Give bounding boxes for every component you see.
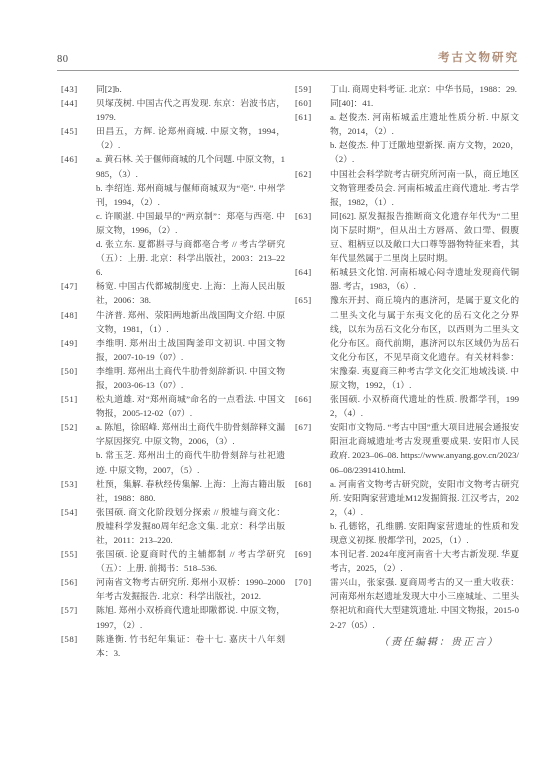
reference-text: 河南省文物考古研究所. 郑州小双桥：1990–2000年考古发掘报告. 北京：科… — [96, 575, 285, 603]
reference-text: 安阳市文物局. “考古中国”重大项目进展会通报安阳洹北商城遗址考古发现重要成果.… — [330, 420, 519, 476]
reference-text: 松丸道雄. 对“郑州商城”命名的一点看法. 中国文物报，2005-12-02（0… — [96, 392, 285, 420]
references-left-column: [43]同[2]b.[44]贝塚茂树. 中国古代之再发现. 东京：岩波书店，19… — [61, 82, 285, 660]
reference-entry: [70]雷兴山，张家强. 夏商周考古的又一重大收获：河南郑州东赵遗址发现大中小三… — [295, 575, 519, 631]
reference-entry: [57]陈旭. 郑州小双桥商代遗址即隞都说. 中原文物，1997，（2）. — [61, 603, 285, 631]
reference-text: 李维明. 郑州出土战国陶釜印文初识. 中国文物报，2007-10-19（07）. — [96, 336, 285, 364]
reference-text: 田昌五，方辉. 论郑州商城. 中原文物，1994，（2）. — [96, 124, 285, 152]
reference-number: [54] — [61, 505, 78, 519]
reference-entry: [63]同[62]. 原发掘报告推断商文化遗存年代为“二里岗下层时期”，但从出土… — [295, 209, 519, 265]
reference-number: [47] — [61, 279, 78, 293]
reference-text: b. 赵俊杰. 仲丁迁隞地望新探. 南方文物，2020，（2）. — [330, 138, 519, 166]
reference-number: [67] — [295, 420, 312, 434]
reference-number: [51] — [61, 392, 78, 406]
references-section: [43]同[2]b.[44]贝塚茂树. 中国古代之再发现. 东京：岩波书店，19… — [61, 82, 519, 660]
reference-entry: [69]本刊记者. 2024年度河南省十大考古新发现. 华夏考古，2025，（2… — [295, 547, 519, 575]
reference-text: a. 陈旭，徐昭峰. 郑州出土商代牛肋骨刻辞释文漏字原因探究. 中原文物，200… — [96, 420, 285, 448]
reference-text: 杨宽. 中国古代都城制度史. 上海：上海人民出版社，2006：38. — [96, 279, 285, 307]
reference-text: 张国硕. 论夏商时代的主辅都制 // 考古学研究（五）：上册. 前揭书：518–… — [96, 547, 285, 575]
reference-text: 柘城县文化馆. 河南柘城心闷寺遗址发现商代铜器. 考古，1983，（6）. — [330, 265, 519, 293]
reference-number: [69] — [295, 547, 312, 561]
reference-number: [49] — [61, 336, 78, 350]
reference-entry: [56]河南省文物考古研究所. 郑州小双桥：1990–2000年考古发掘报告. … — [61, 575, 285, 603]
reference-number: [55] — [61, 547, 78, 561]
reference-entry: [59]丁山. 商周史料考证. 北京：中华书局，1988：29. — [295, 82, 519, 96]
reference-entry: [49]李维明. 郑州出土战国陶釜印文初识. 中国文物报，2007-10-19（… — [61, 336, 285, 364]
reference-text: 陈逢衡. 竹书纪年集证：卷十七. 嘉庆十八年刻本：3. — [96, 632, 285, 660]
reference-text: b. 常玉芝. 郑州出土的商代牛肋骨刻辞与社祀遗迹. 中原文物，2007，（5）… — [96, 448, 285, 476]
reference-text: 杜预，集解. 春秋经传集解. 上海：上海古籍出版社，1988：880. — [96, 477, 285, 505]
page-number: 80 — [57, 54, 69, 65]
journal-page: 80 考古文物研究 [43]同[2]b.[44]贝塚茂树. 中国古代之再发现. … — [0, 0, 550, 773]
reference-text: 豫东开封、商丘境内的惠济河，是属于夏文化的二里头文化与属于东夷文化的岳石文化之分… — [330, 293, 519, 392]
reference-text: c. 许顺湛. 中国最早的“两京制”：郑亳与西亳. 中原文物，1996，（2）. — [96, 209, 285, 237]
reference-entry: [52]a. 陈旭，徐昭峰. 郑州出土商代牛肋骨刻辞释文漏字原因探究. 中原文物… — [61, 420, 285, 476]
reference-number: [62] — [295, 167, 312, 181]
reference-number: [65] — [295, 293, 312, 307]
reference-text: 同[62]. 原发掘报告推断商文化遗存年代为“二里岗下层时期”，但从出土方唇鬲、… — [330, 209, 519, 265]
reference-entry: [54]张国硕. 商文化阶段划分探索 // 殷墟与商文化：殷墟科学发掘80周年纪… — [61, 505, 285, 547]
reference-entry: [68]a. 河南省文物考古研究院，安阳市文物考古研究所. 安阳陶家营遗址M12… — [295, 477, 519, 547]
reference-entry: [48]牛济普. 郑州、荥阳两地新出战国陶文介绍. 中原文物，1981，（1）. — [61, 308, 285, 336]
reference-text: 贝塚茂树. 中国古代之再发现. 东京：岩波书店，1979. — [96, 96, 285, 124]
reference-number: [52] — [61, 420, 78, 434]
reference-text: 同[2]b. — [96, 82, 285, 96]
page-header: 80 考古文物研究 — [57, 47, 519, 65]
reference-text: b. 孔德铭，孔维鹏. 安阳陶家营遗址的性质和发现意义初探. 殷都学刊，2025… — [330, 519, 519, 547]
reference-text: 丁山. 商周史料考证. 北京：中华书局，1988：29. — [330, 82, 519, 96]
editor-note: （责任编辑：贵正言） — [295, 635, 519, 651]
reference-entry: [53]杜预，集解. 春秋经传集解. 上海：上海古籍出版社，1988：880. — [61, 477, 285, 505]
reference-entry: [51]松丸道雄. 对“郑州商城”命名的一点看法. 中国文物报，2005-12-… — [61, 392, 285, 420]
reference-text: a. 赵俊杰. 河南柘城孟庄遗址性质分析. 中原文物，2014，（2）. — [330, 110, 519, 138]
reference-entry: [46]a. 黄石林. 关于偃师商城的几个问题. 中原文物，1985，（3）.b… — [61, 152, 285, 279]
reference-number: [63] — [295, 209, 312, 223]
reference-text: b. 李绍连. 郑州商城与偃师商城双为“亳”. 中州学刊，1994，（2）. — [96, 181, 285, 209]
header-rule — [57, 70, 519, 71]
reference-number: [48] — [61, 308, 78, 322]
reference-entry: [61]a. 赵俊杰. 河南柘城孟庄遗址性质分析. 中原文物，2014，（2）.… — [295, 110, 519, 166]
reference-number: [60] — [295, 96, 312, 110]
reference-number: [66] — [295, 392, 312, 406]
reference-number: [68] — [295, 477, 312, 491]
section-title: 考古文物研究 — [438, 49, 519, 65]
reference-text: 张国硕. 商文化阶段划分探索 // 殷墟与商文化：殷墟科学发掘80周年纪念文集.… — [96, 505, 285, 547]
reference-entry: [64]柘城县文化馆. 河南柘城心闷寺遗址发现商代铜器. 考古，1983，（6）… — [295, 265, 519, 293]
reference-text: 雷兴山，张家强. 夏商周考古的又一重大收获：河南郑州东赵遗址发现大中小三座城址、… — [330, 575, 519, 631]
reference-number: [59] — [295, 82, 312, 96]
reference-number: [58] — [61, 632, 78, 646]
reference-text: 同[40]：41. — [330, 96, 519, 110]
reference-text: a. 河南省文物考古研究院，安阳市文物考古研究所. 安阳陶家营遗址M12发掘简报… — [330, 477, 519, 519]
reference-entry: [58]陈逢衡. 竹书纪年集证：卷十七. 嘉庆十八年刻本：3. — [61, 632, 285, 660]
reference-number: [56] — [61, 575, 78, 589]
reference-text: d. 张立东. 夏都斟寻与商都亳合考 // 考古学研究（五）：上册. 北京：科学… — [96, 237, 285, 279]
reference-number: [57] — [61, 603, 78, 617]
reference-text: 李维明. 郑州出土商代牛肋骨刻辞新识. 中国文物报，2003-06-13（07）… — [96, 364, 285, 392]
reference-text: 张国硕. 小双桥商代遗址的性质. 殷都学刊，1992，（4）. — [330, 392, 519, 420]
reference-text: 陈旭. 郑州小双桥商代遗址即隞都说. 中原文物，1997，（2）. — [96, 603, 285, 631]
reference-number: [61] — [295, 110, 312, 124]
reference-number: [64] — [295, 265, 312, 279]
reference-entry: [44]贝塚茂树. 中国古代之再发现. 东京：岩波书店，1979. — [61, 96, 285, 124]
reference-number: [50] — [61, 364, 78, 378]
reference-number: [44] — [61, 96, 78, 110]
reference-number: [53] — [61, 477, 78, 491]
reference-entry: [65]豫东开封、商丘境内的惠济河，是属于夏文化的二里头文化与属于东夷文化的岳石… — [295, 293, 519, 392]
reference-entry: [66]张国硕. 小双桥商代遗址的性质. 殷都学刊，1992，（4）. — [295, 392, 519, 420]
reference-entry: [67]安阳市文物局. “考古中国”重大项目进展会通报安阳洹北商城遗址考古发现重… — [295, 420, 519, 476]
reference-number: [45] — [61, 124, 78, 138]
reference-entry: [43]同[2]b. — [61, 82, 285, 96]
reference-text: 中国社会科学院考古研究所河南一队，商丘地区文物管理委员会. 河南柘城孟庄商代遗址… — [330, 167, 519, 209]
reference-entry: [45]田昌五，方辉. 论郑州商城. 中原文物，1994，（2）. — [61, 124, 285, 152]
reference-entry: [50]李维明. 郑州出土商代牛肋骨刻辞新识. 中国文物报，2003-06-13… — [61, 364, 285, 392]
reference-entry: [60]同[40]：41. — [295, 96, 519, 110]
reference-entry: [62]中国社会科学院考古研究所河南一队，商丘地区文物管理委员会. 河南柘城孟庄… — [295, 167, 519, 209]
reference-text: 本刊记者. 2024年度河南省十大考古新发现. 华夏考古，2025，（2）. — [330, 547, 519, 575]
reference-entry: [47]杨宽. 中国古代都城制度史. 上海：上海人民出版社，2006：38. — [61, 279, 285, 307]
reference-text: 牛济普. 郑州、荥阳两地新出战国陶文介绍. 中原文物，1981，（1）. — [96, 308, 285, 336]
reference-entry: [55]张国硕. 论夏商时代的主辅都制 // 考古学研究（五）：上册. 前揭书：… — [61, 547, 285, 575]
reference-number: [43] — [61, 82, 78, 96]
references-right-column: [59]丁山. 商周史料考证. 北京：中华书局，1988：29.[60]同[40… — [295, 82, 519, 651]
reference-number: [46] — [61, 152, 78, 166]
reference-text: a. 黄石林. 关于偃师商城的几个问题. 中原文物，1985，（3）. — [96, 152, 285, 180]
reference-number: [70] — [295, 575, 312, 589]
